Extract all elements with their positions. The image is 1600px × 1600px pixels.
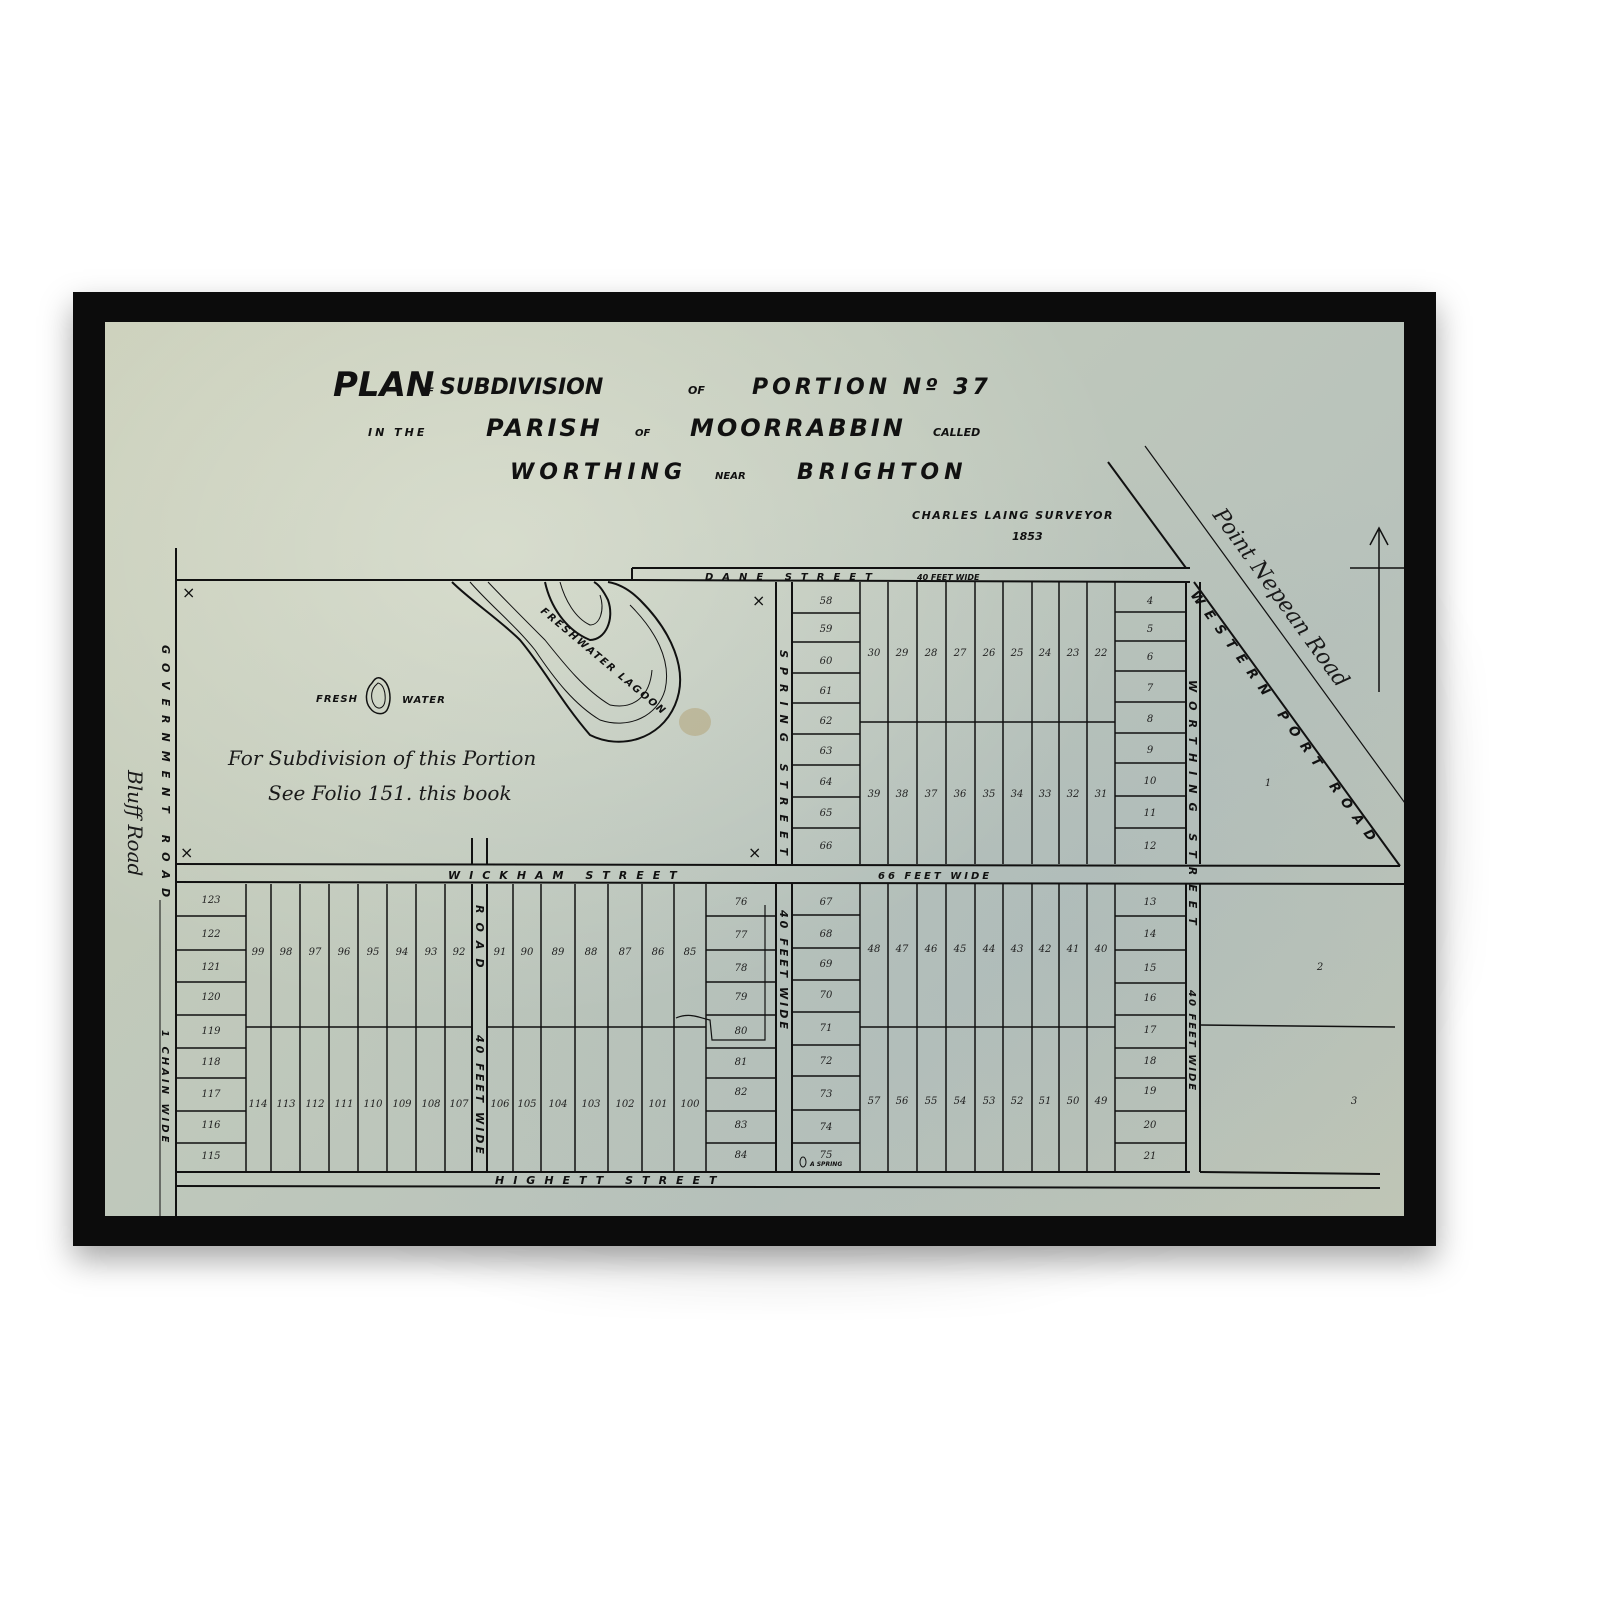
svg-text:111: 111 [334,1099,353,1110]
svg-text:116: 116 [201,1120,221,1131]
svg-text:10: 10 [1144,776,1157,787]
svg-text:72: 72 [820,1056,833,1067]
svg-text:19: 19 [1144,1086,1157,1097]
svg-text:54: 54 [954,1096,967,1107]
svg-text:68: 68 [820,929,833,940]
svg-text:119: 119 [201,1026,221,1037]
title-plan: PLAN [333,365,434,405]
svg-text:40: 40 [1094,944,1108,955]
svg-text:25: 25 [1010,648,1024,659]
svg-text:61: 61 [820,686,833,697]
svg-text:88: 88 [585,947,598,958]
svg-text:65: 65 [820,808,833,819]
spring-street-width: 40 FEET WIDE [777,909,790,1032]
svg-text:101: 101 [648,1099,667,1110]
svg-text:46: 46 [924,944,938,955]
svg-text:69: 69 [820,959,833,970]
title-of: OF [420,387,435,397]
western-port-road-label: WESTERN PORT ROAD [1187,589,1384,852]
svg-text:18: 18 [1144,1056,1157,1067]
spring-label: A SPRING [809,1161,842,1168]
svg-text:90: 90 [521,947,534,958]
surveyor-name: CHARLES LAING SURVEYOR [912,509,1114,522]
svg-text:29: 29 [895,648,909,659]
bluff-road-label: Bluff Road [123,769,147,876]
svg-text:42: 42 [1038,944,1052,955]
worthing-street-label: WORTHING STREET [1186,680,1199,934]
map-title: PLAN OF SUBDIVISION OF PORTION Nº 37 IN … [333,365,1114,543]
svg-text:80: 80 [735,1026,748,1037]
svg-text:98: 98 [280,947,293,958]
svg-text:5: 5 [1147,624,1153,635]
svg-text:60: 60 [820,656,833,667]
subdivision-map: PLAN OF SUBDIVISION OF PORTION Nº 37 IN … [105,322,1404,1216]
government-road-width: 1 CHAIN WIDE [159,1030,170,1145]
svg-text:49: 49 [1094,1096,1108,1107]
svg-text:115: 115 [201,1151,220,1162]
svg-text:48: 48 [867,944,881,955]
svg-text:76: 76 [735,897,748,908]
svg-text:117: 117 [201,1089,221,1100]
wickham-street-label: WICKHAM STREET [448,869,686,882]
svg-text:43: 43 [1010,944,1024,955]
handwritten-note-line2: See Folio 151. this book [268,781,512,805]
spring-icon [800,1157,806,1167]
svg-text:36: 36 [954,789,967,800]
svg-text:122: 122 [201,929,220,940]
svg-text:24: 24 [1038,648,1052,659]
fresh-water-pond [366,678,389,714]
svg-text:21: 21 [1143,1151,1157,1162]
svg-text:32: 32 [1067,789,1080,800]
title-moorrabbin: MOORRABBIN [690,414,906,442]
svg-text:6: 6 [1147,652,1154,663]
title-worthing: WORTHING [510,460,687,485]
title-of3: OF [635,428,651,439]
svg-text:97: 97 [309,947,322,958]
svg-text:38: 38 [896,789,909,800]
title-subdivision: SUBDIVISION [440,375,603,400]
dane-street-label: DANE STREET [705,572,881,583]
svg-text:37: 37 [925,789,938,800]
svg-text:94: 94 [396,947,409,958]
svg-text:87: 87 [619,947,632,958]
svg-text:12: 12 [1144,841,1157,852]
svg-text:14: 14 [1144,929,1157,940]
svg-text:51: 51 [1039,1096,1052,1107]
svg-text:33: 33 [1039,789,1052,800]
svg-text:78: 78 [735,963,748,974]
title-brighton: BRIGHTON [797,460,968,485]
svg-text:102: 102 [615,1099,634,1110]
svg-text:82: 82 [735,1087,748,1098]
svg-text:70: 70 [820,990,833,1001]
svg-text:31: 31 [1095,789,1108,800]
svg-text:×: × [180,843,193,862]
map-paper: PLAN OF SUBDIVISION OF PORTION Nº 37 IN … [105,322,1404,1216]
svg-text:35: 35 [983,789,996,800]
svg-text:113: 113 [276,1099,295,1110]
government-road-label: GOVERNMENT ROAD [159,645,172,906]
svg-text:62: 62 [820,716,833,727]
svg-text:9: 9 [1147,745,1154,756]
title-of2: OF [688,384,705,397]
svg-text:109: 109 [392,1099,412,1110]
svg-text:105: 105 [517,1099,536,1110]
survey-year: 1853 [1012,530,1043,543]
title-portion: PORTION Nº 37 [752,375,992,400]
svg-text:3: 3 [1351,1096,1357,1107]
middle-road-width: 40 FEET WIDE [473,1034,486,1157]
highett-street-label: HIGHETT STREET [495,1174,726,1187]
title-called: CALLED [933,426,980,439]
svg-text:114: 114 [248,1099,267,1110]
svg-text:120: 120 [201,992,221,1003]
svg-text:×: × [748,843,761,862]
svg-text:52: 52 [1011,1096,1024,1107]
svg-text:30: 30 [868,648,881,659]
svg-text:118: 118 [201,1057,220,1068]
svg-text:53: 53 [983,1096,996,1107]
svg-text:95: 95 [367,947,380,958]
svg-text:16: 16 [1144,993,1157,1004]
svg-text:99: 99 [252,947,265,958]
svg-text:81: 81 [735,1057,748,1068]
svg-text:75: 75 [820,1150,833,1161]
svg-text:56: 56 [896,1096,909,1107]
svg-text:34: 34 [1011,789,1024,800]
point-nepean-road-label: Point Nepean Road [1207,503,1354,692]
svg-text:1: 1 [1265,778,1271,789]
svg-text:107: 107 [449,1099,469,1110]
svg-text:44: 44 [982,944,996,955]
water-label: WATER [402,695,446,706]
freshwater-lagoon [452,582,680,742]
svg-text:26: 26 [982,648,996,659]
svg-text:73: 73 [820,1089,833,1100]
svg-text:77: 77 [735,930,748,941]
svg-text:96: 96 [338,947,351,958]
svg-text:17: 17 [1144,1025,1157,1036]
svg-text:66: 66 [820,841,833,852]
title-near: NEAR [715,471,746,482]
svg-text:112: 112 [305,1099,324,1110]
svg-text:47: 47 [895,944,909,955]
wickham-street-width: 66 FEET WIDE [878,871,992,882]
svg-text:103: 103 [581,1099,600,1110]
svg-text:79: 79 [735,992,748,1003]
block-north-east [792,582,1186,864]
svg-text:8: 8 [1147,714,1153,725]
title-parish: PARISH [486,414,603,442]
svg-text:27: 27 [953,648,967,659]
svg-text:110: 110 [363,1099,383,1110]
svg-text:39: 39 [868,789,881,800]
svg-text:84: 84 [735,1150,748,1161]
svg-text:55: 55 [925,1096,938,1107]
svg-text:106: 106 [490,1099,510,1110]
svg-text:74: 74 [820,1122,833,1133]
svg-text:64: 64 [820,777,833,788]
svg-text:50: 50 [1067,1096,1080,1107]
survey-marks: ×× ×× [180,583,765,862]
svg-text:89: 89 [552,947,565,958]
svg-text:28: 28 [924,648,938,659]
fresh-label: FRESH [316,694,358,705]
svg-text:4: 4 [1146,596,1153,607]
svg-text:63: 63 [820,746,833,757]
svg-text:92: 92 [453,947,466,958]
svg-text:123: 123 [201,895,220,906]
svg-text:71: 71 [820,1023,833,1034]
svg-text:41: 41 [1066,944,1080,955]
svg-text:11: 11 [1144,808,1157,819]
svg-text:85: 85 [684,947,697,958]
title-in-the: IN THE [368,426,427,439]
svg-text:45: 45 [953,944,967,955]
worthing-street-width: 40 FEET WIDE [1186,989,1197,1092]
svg-text:23: 23 [1066,648,1080,659]
svg-text:86: 86 [652,947,665,958]
north-arrow-icon [1350,528,1404,692]
svg-text:2: 2 [1316,962,1323,973]
block-south-east [792,884,1395,1172]
middle-road-label: ROAD [473,905,486,976]
handwritten-note-line1: For Subdivision of this Portion [227,746,536,770]
block-south-middle [487,884,776,1172]
svg-text:108: 108 [421,1099,440,1110]
svg-text:121: 121 [201,962,220,973]
svg-text:59: 59 [820,624,833,635]
svg-text:91: 91 [494,947,507,958]
svg-text:58: 58 [820,596,833,607]
svg-text:×: × [752,591,765,610]
dane-street-width: 40 FEET WIDE [916,573,980,582]
svg-text:104: 104 [548,1099,567,1110]
svg-text:20: 20 [1143,1120,1157,1131]
svg-text:13: 13 [1144,897,1157,908]
svg-text:×: × [182,583,195,602]
svg-text:93: 93 [425,947,438,958]
svg-text:67: 67 [820,897,833,908]
svg-text:57: 57 [868,1096,881,1107]
spring-street-label: SPRING STREET [777,650,790,864]
svg-text:83: 83 [735,1120,748,1131]
svg-text:15: 15 [1144,963,1157,974]
stain [679,708,711,736]
svg-text:7: 7 [1147,683,1154,694]
svg-text:100: 100 [680,1099,700,1110]
svg-text:22: 22 [1094,648,1108,659]
